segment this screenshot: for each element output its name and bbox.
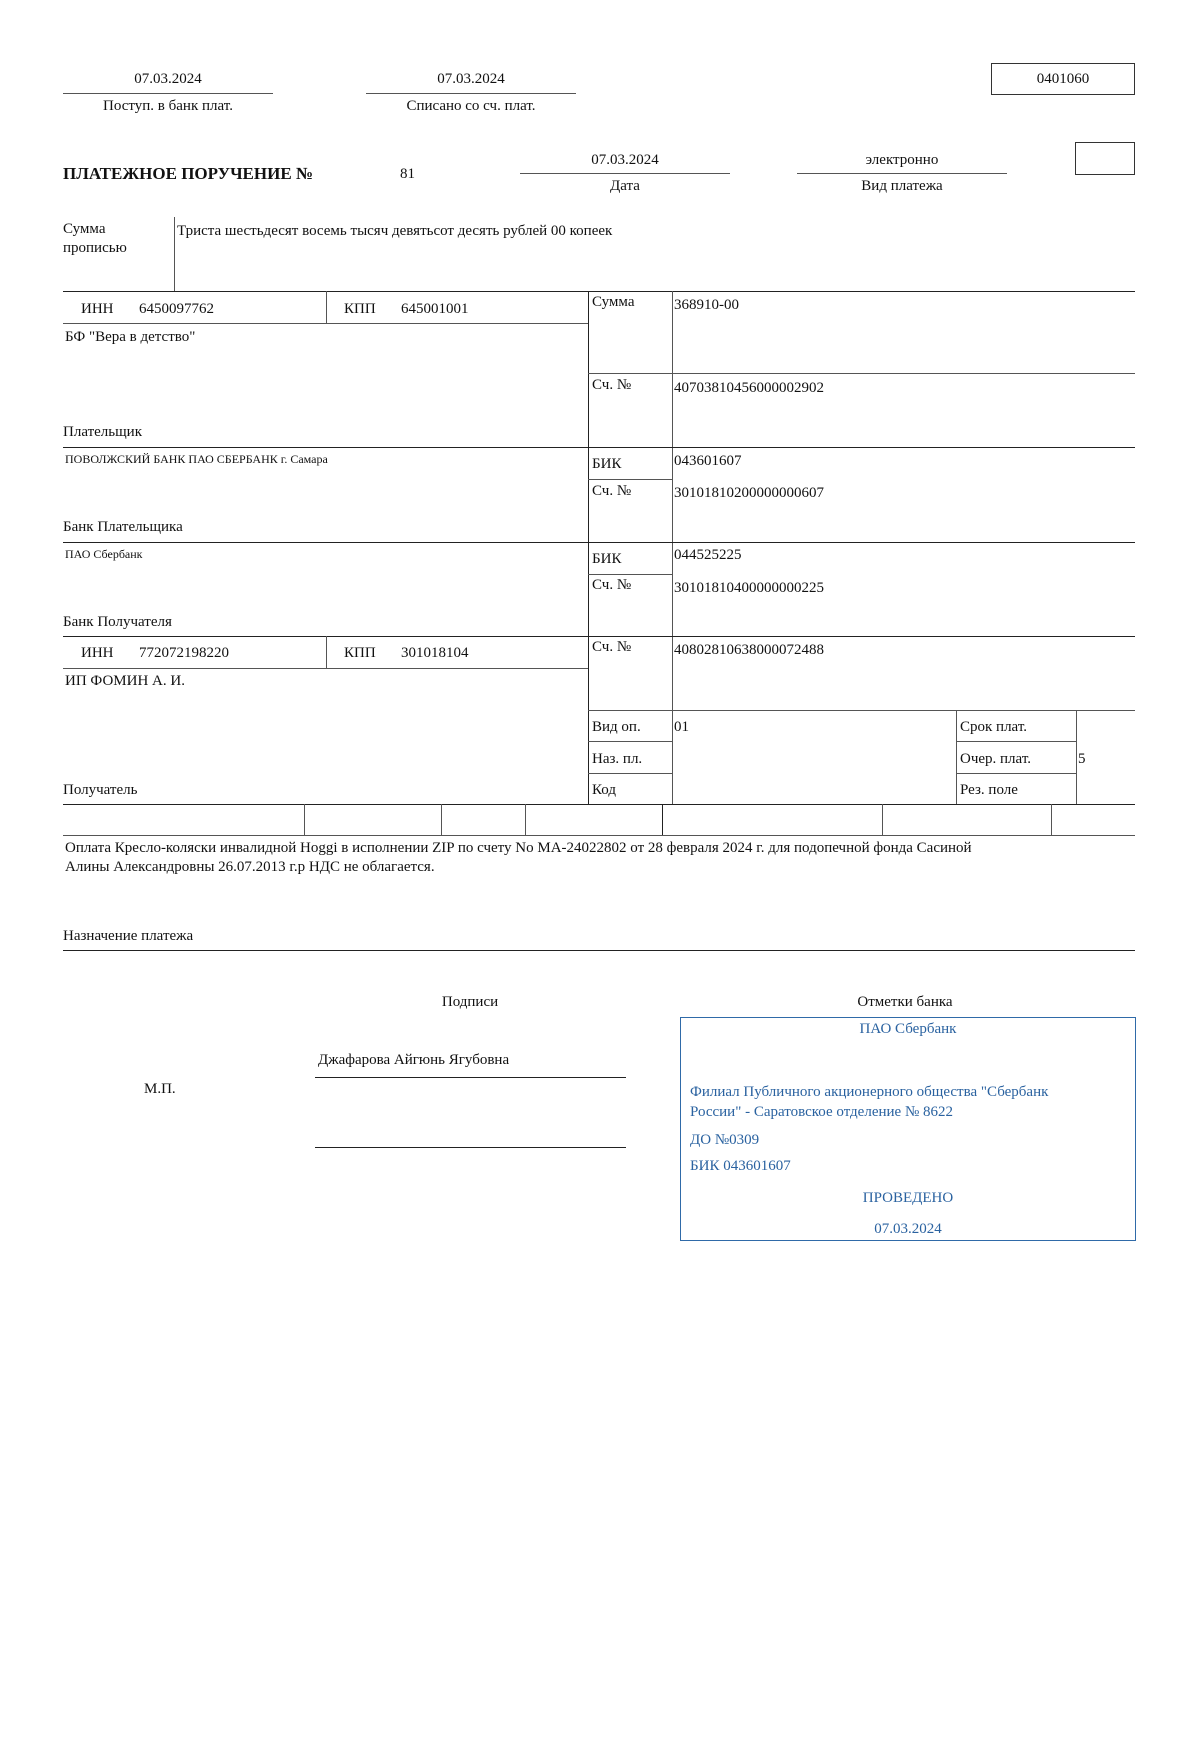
- grid-line: [304, 804, 305, 835]
- grid-line: [63, 323, 588, 324]
- grid-line: [63, 291, 1135, 292]
- payer-bank-bik-label: БИК: [592, 455, 621, 473]
- debited-date-label: Списано со сч. плат.: [366, 97, 576, 115]
- stamp-bik: БИК 043601607: [690, 1157, 791, 1175]
- amount-words: Триста шестьдесят восемь тысяч девятьсот…: [177, 222, 612, 240]
- grid-line: [63, 835, 1135, 836]
- grid-line: [588, 741, 672, 742]
- purpose-text-2: Алины Александровны 26.07.2013 г.р НДС н…: [65, 858, 435, 876]
- bank-marks-label: Отметки банка: [780, 993, 1030, 1011]
- grid-line: [956, 710, 957, 804]
- debited-date: 07.03.2024: [366, 70, 576, 88]
- grid-line: [63, 636, 1135, 637]
- payee-kpp: 301018104: [401, 644, 469, 662]
- payee-bank-account-label: Сч. №: [592, 576, 631, 594]
- stamp-place-label: М.П.: [144, 1080, 176, 1098]
- amount-words-label-1: Сумма: [63, 220, 105, 238]
- stamp-branch-2: России" - Саратовское отделение № 8622: [690, 1103, 953, 1121]
- grid-line: [63, 668, 588, 669]
- main-divider: [588, 291, 589, 804]
- amount-label: Сумма: [592, 293, 634, 311]
- debited-date-line: [366, 93, 576, 94]
- payee-bank-account: 30101810400000000225: [674, 579, 824, 597]
- payer-bank-name: ПОВОЛЖСКИЙ БАНК ПАО СБЕРБАНК г. Самара: [65, 450, 328, 468]
- status-box: [1075, 142, 1135, 175]
- payee-role-label: Получатель: [63, 781, 137, 799]
- received-date: 07.03.2024: [63, 70, 273, 88]
- purpose-text-1: Оплата Кресло-коляски инвалидной Hoggi в…: [65, 839, 972, 857]
- signature-line-2: [315, 1147, 626, 1148]
- payee-name: ИП ФОМИН А. И.: [65, 672, 185, 690]
- order-date-label: Дата: [520, 177, 730, 195]
- reserve-label: Рез. поле: [960, 781, 1018, 799]
- code-label: Код: [592, 781, 616, 799]
- grid-line: [588, 574, 672, 575]
- op-type-label: Вид оп.: [592, 718, 641, 736]
- op-type: 01: [674, 718, 689, 736]
- purpose-code-label: Наз. пл.: [592, 750, 642, 768]
- grid-line: [326, 291, 327, 323]
- order-date-line: [520, 173, 730, 174]
- grid-line: [882, 804, 883, 835]
- payment-type-label: Вид платежа: [797, 177, 1007, 195]
- payee-inn: 772072198220: [139, 644, 229, 662]
- payer-name: БФ "Вера в детство": [65, 328, 195, 346]
- grid-line: [588, 479, 672, 480]
- amount-words-divider: [174, 217, 175, 292]
- purpose-label: Назначение платежа: [63, 927, 193, 945]
- payee-bank-role-label: Банк Получателя: [63, 613, 172, 631]
- grid-line: [63, 950, 1135, 951]
- label-column-divider: [672, 291, 673, 804]
- grid-line: [326, 636, 327, 668]
- grid-line: [956, 773, 1076, 774]
- priority-label: Очер. плат.: [960, 750, 1031, 768]
- order-number: 81: [400, 165, 415, 183]
- signature-line-1: [315, 1077, 626, 1078]
- payer-bank-account-label: Сч. №: [592, 482, 631, 500]
- payer-inn-label: ИНН: [81, 300, 114, 318]
- received-date-label: Поступ. в банк плат.: [63, 97, 273, 115]
- payer-bank-bik: 043601607: [674, 452, 742, 470]
- payer-bank-account: 30101810200000000607: [674, 484, 824, 502]
- term-label: Срок плат.: [960, 718, 1027, 736]
- grid-line: [441, 804, 442, 835]
- signer-name: Джафарова Айгюнь Ягубовна: [318, 1051, 509, 1069]
- grid-line: [63, 804, 1135, 805]
- amount-value: 368910-00: [674, 296, 739, 314]
- grid-line: [1051, 804, 1052, 835]
- grid-line: [63, 447, 1135, 448]
- bank-stamp: ПАО Сбербанк Филиал Публичного акционерн…: [680, 1017, 1136, 1241]
- page-title: ПЛАТЕЖНОЕ ПОРУЧЕНИЕ №: [63, 165, 313, 183]
- grid-line: [525, 804, 526, 835]
- payee-account-label: Сч. №: [592, 638, 631, 656]
- payment-type: электронно: [797, 151, 1007, 169]
- priority: 5: [1078, 750, 1086, 768]
- grid-line: [956, 741, 1076, 742]
- stamp-status: ПРОВЕДЕНО: [681, 1189, 1135, 1207]
- grid-line: [588, 773, 672, 774]
- form-code: 0401060: [992, 70, 1134, 88]
- stamp-date: 07.03.2024: [681, 1220, 1135, 1238]
- payer-bank-role-label: Банк Плательщика: [63, 518, 183, 536]
- payee-inn-label: ИНН: [81, 644, 114, 662]
- payee-account: 40802810638000072488: [674, 641, 824, 659]
- form-code-box: 0401060: [991, 63, 1135, 95]
- payer-kpp-label: КПП: [344, 300, 376, 318]
- payee-kpp-label: КПП: [344, 644, 376, 662]
- order-date: 07.03.2024: [520, 151, 730, 169]
- grid-line: [63, 542, 1135, 543]
- grid-line: [588, 373, 1135, 374]
- payer-account: 40703810456000002902: [674, 379, 824, 397]
- grid-line: [588, 710, 1135, 711]
- payee-bank-name: ПАО Сбербанк: [65, 545, 143, 563]
- grid-line: [662, 804, 663, 835]
- payee-bank-bik-label: БИК: [592, 550, 621, 568]
- payment-type-line: [797, 173, 1007, 174]
- payee-bank-bik: 044525225: [674, 546, 742, 564]
- grid-line: [1076, 710, 1077, 804]
- payer-role-label: Плательщик: [63, 423, 142, 441]
- amount-words-label-2: прописью: [63, 239, 127, 257]
- signatures-label: Подписи: [370, 993, 570, 1011]
- payer-inn: 6450097762: [139, 300, 214, 318]
- stamp-office: ДО №0309: [690, 1131, 759, 1149]
- stamp-branch-1: Филиал Публичного акционерного общества …: [690, 1083, 1048, 1101]
- stamp-bank: ПАО Сбербанк: [681, 1020, 1135, 1038]
- received-date-line: [63, 93, 273, 94]
- payer-account-label: Сч. №: [592, 376, 631, 394]
- payer-kpp: 645001001: [401, 300, 469, 318]
